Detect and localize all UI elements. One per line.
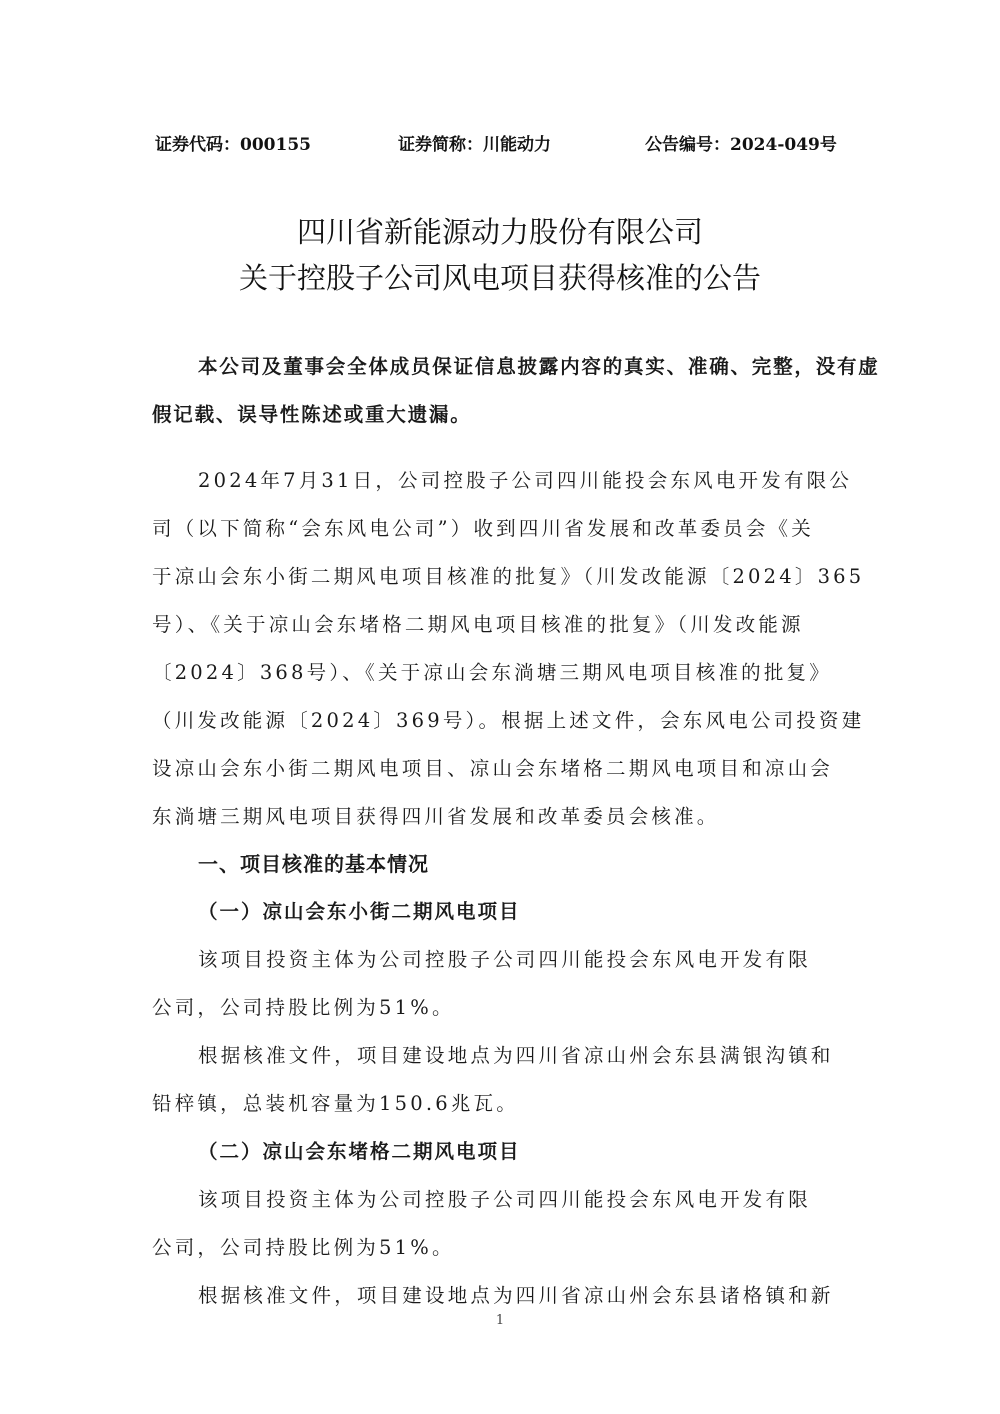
announcement-header: 证券代码：000155 证券简称：川能动力 公告编号：2024-049号: [155, 126, 845, 158]
stock-abbreviation: 证券简称：川能动力: [398, 130, 551, 155]
statement-line: 假记载、误导性陈述或重大遗漏。: [152, 399, 852, 427]
section-heading: 一、项目核准的基本情况: [198, 848, 852, 877]
stock-code: 证券代码：000155: [155, 130, 311, 155]
intro-line: 东淌塘三期风电项目获得四川省发展和改革委员会核准。: [152, 801, 852, 829]
paragraph-line: 公司，公司持股比例为51%。: [152, 992, 852, 1020]
intro-line: 于凉山会东小街二期风电项目核准的批复》（川发改能源〔2024〕365: [152, 561, 852, 589]
document-page: 证券代码：000155 证券简称：川能动力 公告编号：2024-049号 四川省…: [0, 0, 1000, 1414]
intro-line: 司（以下简称“会东风电公司”）收到四川省发展和改革委员会《关: [152, 513, 852, 541]
announcement-number: 公告编号：2024-049号: [645, 130, 837, 155]
intro-line: 号）、《关于凉山会东堵格二期风电项目核准的批复》（川发改能源: [152, 609, 852, 637]
intro-line: 设凉山会东小街二期风电项目、凉山会东堵格二期风电项目和凉山会: [152, 753, 852, 781]
intro-line: 2024年7月31日，公司控股子公司四川能投会东风电开发有限公: [198, 465, 852, 493]
paragraph-line: 铅梓镇，总装机容量为150.6兆瓦。: [152, 1088, 852, 1116]
page-number: 1: [0, 1313, 1000, 1328]
subsection-heading: （二）凉山会东堵格二期风电项目: [198, 1136, 852, 1164]
announcement-title: 关于控股子公司风电项目获得核准的公告: [0, 256, 1000, 297]
paragraph-line: 根据核准文件，项目建设地点为四川省凉山州会东县满银沟镇和: [198, 1040, 852, 1068]
paragraph-line: 根据核准文件，项目建设地点为四川省凉山州会东县诸格镇和新: [198, 1280, 852, 1308]
paragraph-line: 公司，公司持股比例为51%。: [152, 1232, 852, 1260]
intro-line: （川发改能源〔2024〕369号）。根据上述文件，会东风电公司投资建: [152, 705, 852, 733]
statement-line: 本公司及董事会全体成员保证信息披露内容的真实、准确、完整，没有虚: [198, 351, 852, 379]
paragraph-line: 该项目投资主体为公司控股子公司四川能投会东风电开发有限: [198, 944, 852, 972]
intro-line: 〔2024〕368号）、《关于凉山会东淌塘三期风电项目核准的批复》: [152, 657, 852, 685]
company-title: 四川省新能源动力股份有限公司: [0, 210, 1000, 251]
subsection-heading: （一）凉山会东小街二期风电项目: [198, 896, 852, 924]
paragraph-line: 该项目投资主体为公司控股子公司四川能投会东风电开发有限: [198, 1184, 852, 1212]
